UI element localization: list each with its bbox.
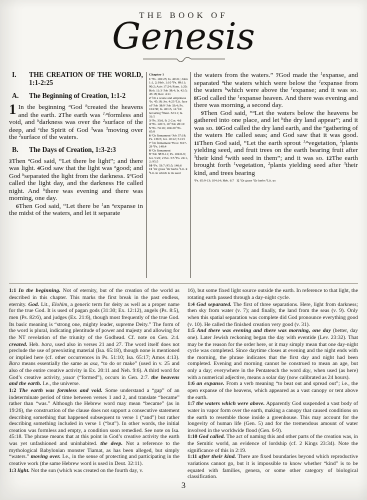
scripture-section: I. THE CREATION OF THE WORLD, 1:1-2:25 A…: [9, 72, 358, 278]
verse-paragraph-1-2: 1In the beginning aGod bcreated the heav…: [9, 104, 143, 142]
note-1-10: 1:10 God called. The act of naming this …: [188, 434, 359, 454]
scripture-right-column: the waters from the waters.” 7God made t…: [194, 72, 358, 278]
book-title: Genesis: [9, 21, 358, 55]
outline-item-b: B. The Days of Creation, 1:3-2:3: [9, 147, 143, 155]
verse-text: In the beginning aGod bcreated the heave…: [9, 104, 143, 141]
outline-numeral: A.: [9, 93, 29, 101]
outline-numeral: I.: [9, 72, 29, 88]
verse-paragraph-3-5: 3Then aGod said, “Let there be light”; a…: [9, 158, 143, 203]
outline-item-a: A. The Beginning of Creation, 1:1-2: [9, 93, 143, 101]
note-1-7: 1:7 the waters which were above. Apparen…: [188, 401, 359, 434]
notes-divider-rule: [9, 283, 358, 284]
note-1-5: 1:5 And there was evening and there was …: [188, 328, 359, 381]
note-1-4: 1:4 God separated. The first of three se…: [188, 302, 359, 329]
cross-reference-overflow: aPs. 65:9-13; 104:14; Heb. 6:7 12 1Or gr…: [194, 179, 358, 184]
outline-numeral: B.: [9, 147, 29, 155]
cross-reference-heading: Chapter 1: [149, 73, 188, 77]
study-notes-section: 1:1 In the beginning. Not of eternity, b…: [9, 288, 358, 481]
outline-title: The Days of Creation, 1:3-2:3: [29, 147, 143, 155]
verse-paragraph-6: 6Then God said, “Let there be 1an aexpan…: [9, 203, 143, 218]
cross-reference-overflow-text: aPs. 65:9-13; 104:14; Heb. 6:7 12 1Or gr…: [194, 179, 358, 183]
verse-paragraph-7-8: the waters from the waters.” 7God made t…: [194, 72, 358, 110]
scripture-left-column: I. THE CREATION OF THE WORLD, 1:1-2:25 A…: [9, 72, 143, 278]
bible-page: The Book of Genesis I. THE CREATION OF T…: [0, 0, 367, 500]
note-1-6: 1:6 an expanse. From a verb meaning “to …: [188, 381, 359, 401]
outline-title: The Beginning of Creation, 1:1-2: [29, 93, 143, 101]
note-1-11: 1:11 after their kind. There are fixed b…: [188, 454, 359, 481]
page-number: 3: [0, 480, 367, 490]
cross-reference-column: Chapter 1 1 aPs. 102:25; Is. 40:21; John…: [146, 72, 191, 278]
chapter-number-drop-cap: 1: [9, 104, 16, 117]
note-1-3-continued: 16), but some fixed light source outside…: [188, 288, 359, 301]
note-1-2: 1:2 The earth was formless and void. Som…: [9, 388, 180, 468]
outline-title: THE CREATION OF THE WORLD, 1:1-2:25: [29, 72, 143, 88]
verse-paragraph-9-12: 9Then God said, “aLet the waters below t…: [194, 110, 358, 178]
cross-reference-list: Chapter 1 1 aPs. 102:25; Is. 40:21; John…: [149, 73, 188, 175]
notes-left-column: 1:1 In the beginning. Not of eternity, b…: [9, 288, 180, 481]
outline-item-1: I. THE CREATION OF THE WORLD, 1:1-2:25: [9, 72, 143, 88]
note-1-3: 1:3 light. Not the sun (which was create…: [9, 468, 180, 475]
notes-right-column: 16), but some fixed light source outside…: [188, 288, 359, 481]
cross-reference-entries: 1 aPs. 102:25; Is. 40:21; John 1:1, 2; H…: [149, 77, 188, 174]
note-1-1: 1:1 In the beginning. Not of eternity, b…: [9, 288, 180, 388]
